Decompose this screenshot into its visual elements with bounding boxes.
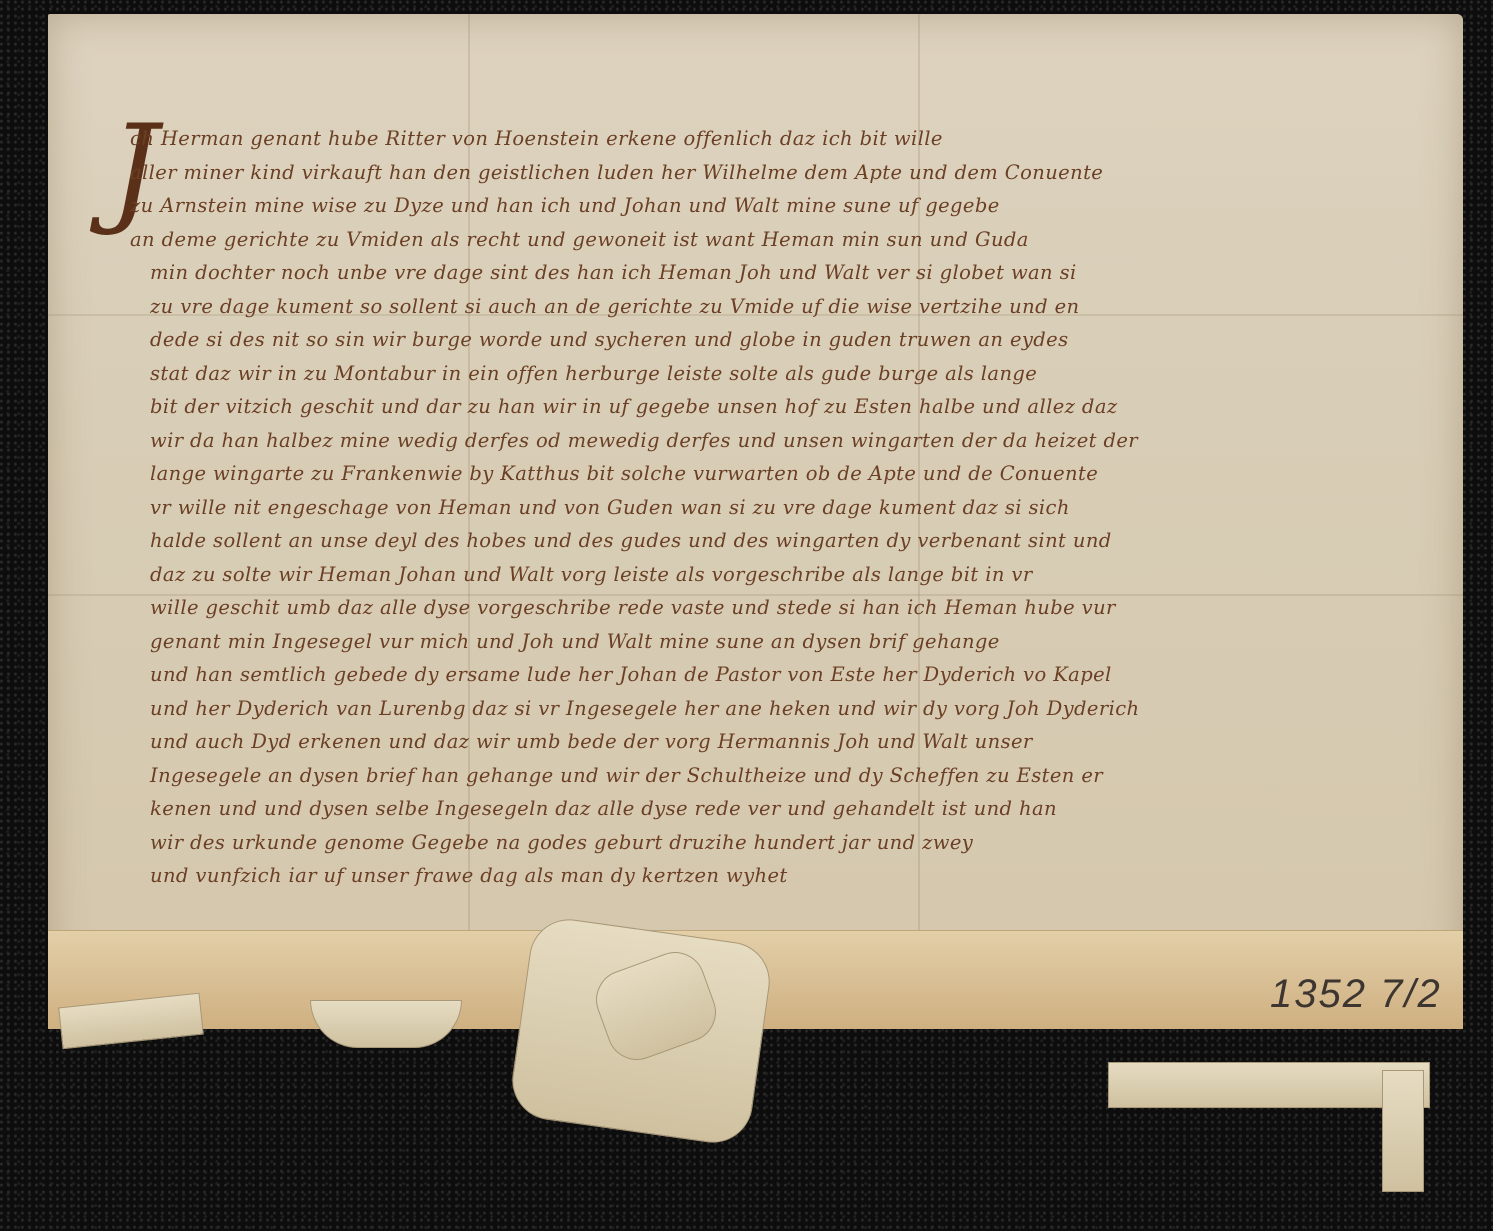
text-line: halde sollent an unse deyl des hobes und… <box>130 524 1420 558</box>
parchment-charter: J ch Herman genant hube Ritter von Hoens… <box>48 14 1463 1026</box>
text-line: und vunfzich iar uf unser frawe dag als … <box>130 859 1420 893</box>
archival-notation: 1352 7/2 <box>1270 972 1442 1017</box>
seal-strap <box>310 1000 462 1048</box>
seal-strap <box>1382 1070 1424 1192</box>
text-line: daz zu solte wir Heman Johan und Walt vo… <box>130 558 1420 592</box>
decorated-initial: J <box>110 110 128 260</box>
text-line: dede si des nit so sin wir burge worde u… <box>130 323 1420 357</box>
text-line: stat daz wir in zu Montabur in ein offen… <box>130 357 1420 391</box>
text-line: zu Arnstein mine wise zu Dyze und han ic… <box>130 189 1420 223</box>
text-line: aller miner kind virkauft han den geistl… <box>130 156 1420 190</box>
text-line: wir da han halbez mine wedig derfes od m… <box>130 424 1420 458</box>
text-line: an deme gerichte zu Vmiden als recht und… <box>130 223 1420 257</box>
charter-text: ch Herman genant hube Ritter von Hoenste… <box>130 122 1420 893</box>
text-line: ch Herman genant hube Ritter von Hoenste… <box>130 122 1420 156</box>
text-line: wir des urkunde genome Gegebe na godes g… <box>130 826 1420 860</box>
text-line: und her Dyderich van Lurenbg daz si vr I… <box>130 692 1420 726</box>
text-line: bit der vitzich geschit und dar zu han w… <box>130 390 1420 424</box>
text-line: Ingesegele an dysen brief han gehange un… <box>130 759 1420 793</box>
text-line: min dochter noch unbe vre dage sint des … <box>130 256 1420 290</box>
text-line: vr wille nit engeschage von Heman und vo… <box>130 491 1420 525</box>
text-line: lange wingarte zu Frankenwie by Katthus … <box>130 457 1420 491</box>
text-line: und han semtlich gebede dy ersame lude h… <box>130 658 1420 692</box>
text-line: wille geschit umb daz alle dyse vorgesch… <box>130 591 1420 625</box>
text-line: kenen und und dysen selbe Ingesegeln daz… <box>130 792 1420 826</box>
text-line: und auch Dyd erkenen und daz wir umb bed… <box>130 725 1420 759</box>
text-line: zu vre dage kument so sollent si auch an… <box>130 290 1420 324</box>
text-line: genant min Ingesegel vur mich und Joh un… <box>130 625 1420 659</box>
